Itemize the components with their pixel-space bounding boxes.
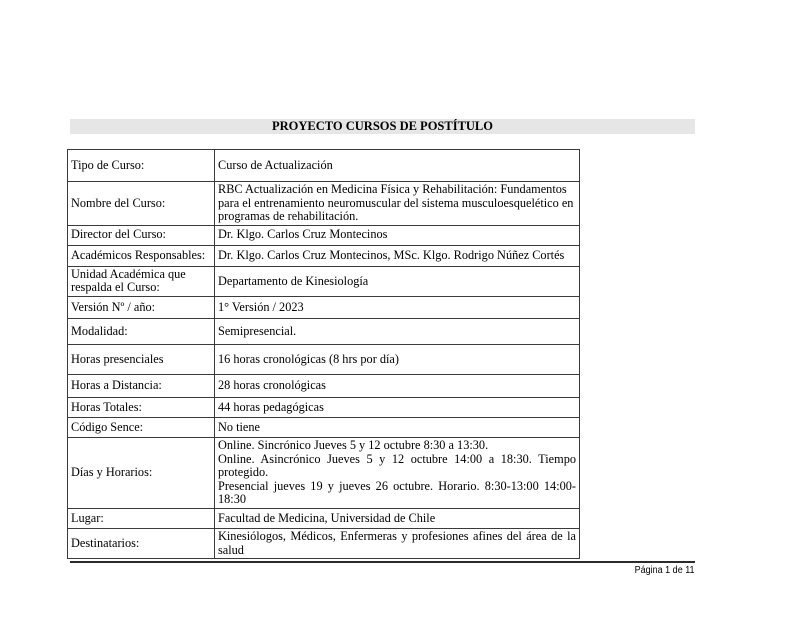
row-value: 28 horas cronológicas xyxy=(215,374,580,397)
row-label: Versión Nº / año: xyxy=(68,296,215,318)
schedule-line: Online. Sincrónico Jueves 5 y 12 octubre… xyxy=(218,439,576,453)
table-row: Horas a Distancia: 28 horas cronológicas xyxy=(68,374,580,397)
row-value: Semipresencial. xyxy=(215,318,580,344)
table-row: Destinatarios: Kinesiólogos, Médicos, En… xyxy=(68,528,580,558)
row-label: Código Sence: xyxy=(68,417,215,437)
table-row: Modalidad: Semipresencial. xyxy=(68,318,580,344)
row-label: Horas Totales: xyxy=(68,397,215,417)
row-value: Dr. Klgo. Carlos Cruz Montecinos xyxy=(215,225,580,245)
row-value: 16 horas cronológicas (8 hrs por día) xyxy=(215,344,580,374)
row-value: Kinesiólogos, Médicos, Enfermeras y prof… xyxy=(215,528,580,558)
row-label: Académicos Responsables: xyxy=(68,245,215,266)
table-row: Unidad Académica que respalda el Curso: … xyxy=(68,266,580,296)
table-row: Tipo de Curso: Curso de Actualización xyxy=(68,150,580,182)
row-label: Director del Curso: xyxy=(68,225,215,245)
row-label: Lugar: xyxy=(68,508,215,528)
row-label: Destinatarios: xyxy=(68,528,215,558)
row-label: Unidad Académica que respalda el Curso: xyxy=(68,266,215,296)
table-row: Nombre del Curso: RBC Actualización en M… xyxy=(68,182,580,226)
row-label: Días y Horarios: xyxy=(68,437,215,508)
table-row: Código Sence: No tiene xyxy=(68,417,580,437)
row-value: 1° Versión / 2023 xyxy=(215,296,580,318)
table-row: Horas presenciales 16 horas cronológicas… xyxy=(68,344,580,374)
table-row: Días y Horarios: Online. Sincrónico Juev… xyxy=(68,437,580,508)
row-label: Nombre del Curso: xyxy=(68,182,215,226)
row-label: Tipo de Curso: xyxy=(68,150,215,182)
row-value: RBC Actualización en Medicina Física y R… xyxy=(215,182,580,226)
schedule-value: Online. Sincrónico Jueves 5 y 12 octubre… xyxy=(215,437,580,508)
table-row: Horas Totales: 44 horas pedagógicas xyxy=(68,397,580,417)
row-value: No tiene xyxy=(215,417,580,437)
footer-divider xyxy=(70,561,695,563)
schedule-line: Online. Asincrónico Jueves 5 y 12 octubr… xyxy=(218,453,576,480)
table-row: Director del Curso: Dr. Klgo. Carlos Cru… xyxy=(68,225,580,245)
course-info-table: Tipo de Curso: Curso de Actualización No… xyxy=(67,149,580,559)
row-value: Facultad de Medicina, Universidad de Chi… xyxy=(215,508,580,528)
table-row: Lugar: Facultad de Medicina, Universidad… xyxy=(68,508,580,528)
row-value: Dr. Klgo. Carlos Cruz Montecinos, MSc. K… xyxy=(215,245,580,266)
table-row: Versión Nº / año: 1° Versión / 2023 xyxy=(68,296,580,318)
row-value: 44 horas pedagógicas xyxy=(215,397,580,417)
row-value: Curso de Actualización xyxy=(215,150,580,182)
table-row: Académicos Responsables: Dr. Klgo. Carlo… xyxy=(68,245,580,266)
row-label: Horas a Distancia: xyxy=(68,374,215,397)
document-title: PROYECTO CURSOS DE POSTÍTULO xyxy=(70,119,695,134)
row-label: Modalidad: xyxy=(68,318,215,344)
schedule-line: Presencial jueves 19 y jueves 26 octubre… xyxy=(218,480,576,507)
row-value: Departamento de Kinesiología xyxy=(215,266,580,296)
page-number: Página 1 de 11 xyxy=(635,565,695,576)
row-label: Horas presenciales xyxy=(68,344,215,374)
